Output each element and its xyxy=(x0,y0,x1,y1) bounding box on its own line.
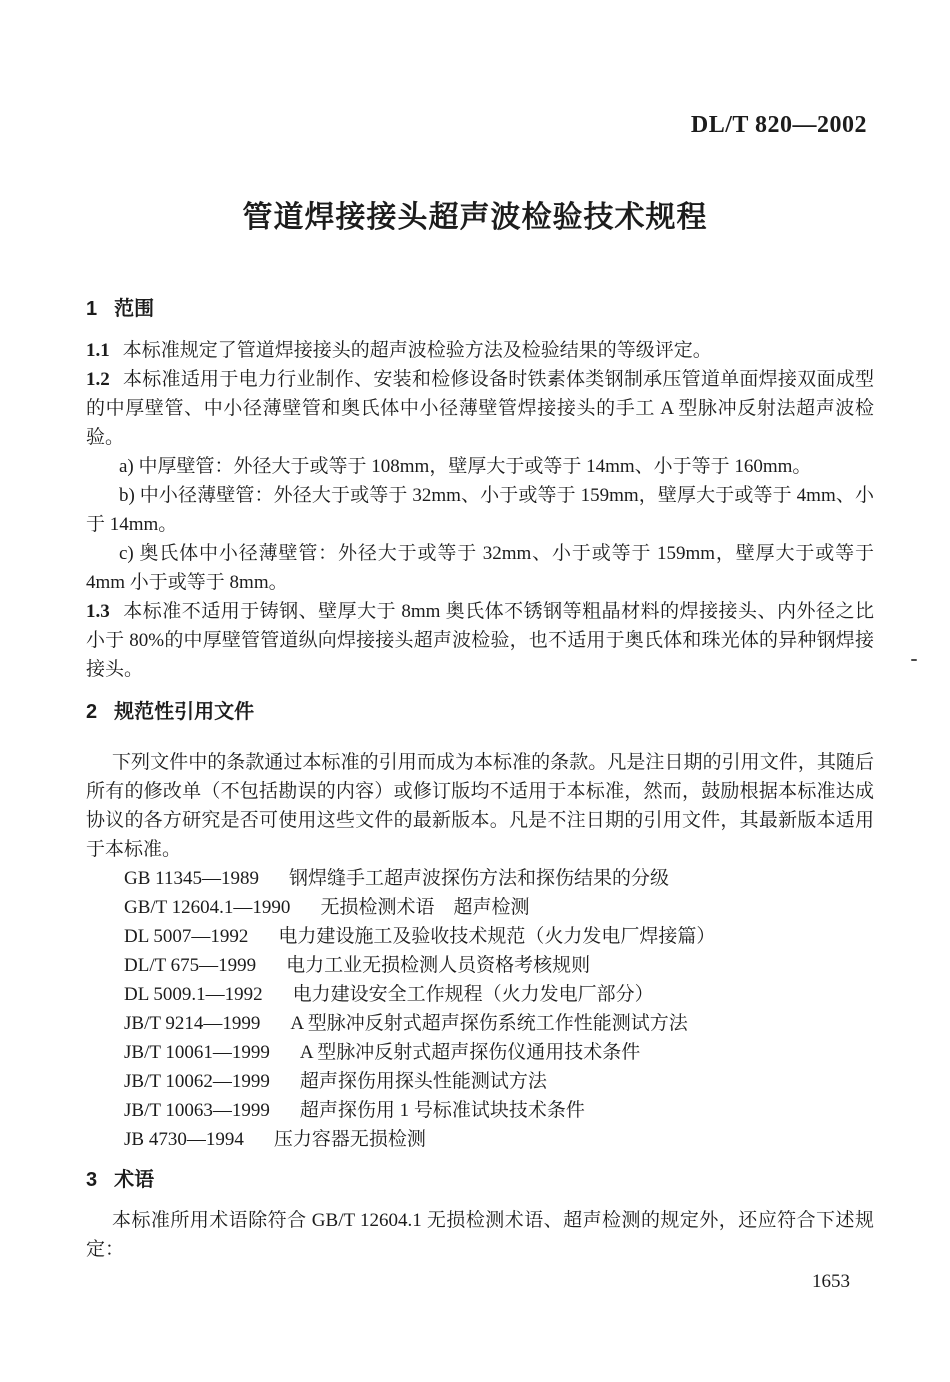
clause-1-3: 1.3本标准不适用于铸钢、壁厚大于 8mm 奥氏体不锈钢等粗晶材料的焊接接头、内… xyxy=(86,597,874,684)
reference-title: 压力容器无损检测 xyxy=(274,1129,426,1150)
section-2-intro: 下列文件中的条款通过本标准的引用而成为本标准的条款。凡是注日期的引用文件，其随后… xyxy=(86,748,874,864)
reference-code: DL/T 675—1999 xyxy=(124,955,256,976)
reference-code: DL 5009.1—1992 xyxy=(124,984,263,1005)
standard-number: DL/T 820—2002 xyxy=(0,110,950,140)
document-title: 管道焊接接头超声波检验技术规程 xyxy=(0,196,950,240)
reference-code: GB 11345—1989 xyxy=(124,868,259,889)
section-1-number: 1 xyxy=(86,294,97,324)
reference-item: DL 5009.1—1992电力建设安全工作规程（火力发电厂部分） xyxy=(86,980,874,1009)
reference-item: JB/T 10062—1999超声探伤用探头性能测试方法 xyxy=(86,1067,874,1096)
reference-list: GB 11345—1989钢焊缝手工超声波探伤方法和探伤结果的分级 GB/T 1… xyxy=(86,864,874,1154)
reference-code: JB 4730—1994 xyxy=(124,1129,244,1150)
document-body: 1范围 1.1本标准规定了管道焊接接头的超声波检验方法及检验结果的等级评定。 1… xyxy=(86,294,874,1264)
clause-1-3-number: 1.3 xyxy=(86,601,110,622)
reference-item: JB/T 10063—1999超声探伤用 1 号标准试块技术条件 xyxy=(86,1096,874,1125)
reference-code: JB/T 10062—1999 xyxy=(124,1071,270,1092)
reference-title: 超声探伤用 1 号标准试块技术条件 xyxy=(300,1100,585,1121)
clause-1-1-text: 本标准规定了管道焊接接头的超声波检验方法及检验结果的等级评定。 xyxy=(123,340,712,361)
list-item-a: a) 中厚壁管：外径大于或等于 108mm，壁厚大于或等于 14mm、小于等于 … xyxy=(86,452,874,481)
reference-item: DL 5007—1992电力建设施工及验收技术规范（火力发电厂焊接篇） xyxy=(86,922,874,951)
clause-1-1: 1.1本标准规定了管道焊接接头的超声波检验方法及检验结果的等级评定。 xyxy=(86,336,874,365)
reference-item: GB 11345—1989钢焊缝手工超声波探伤方法和探伤结果的分级 xyxy=(86,864,874,893)
list-item-b: b) 中小径薄壁管：外径大于或等于 32mm、小于或等于 159mm，壁厚大于或… xyxy=(86,481,874,539)
reference-code: JB/T 10063—1999 xyxy=(124,1100,270,1121)
list-item-c: c) 奥氏体中小径薄壁管：外径大于或等于 32mm、小于或等于 159mm，壁厚… xyxy=(86,539,874,597)
section-2-title: 规范性引用文件 xyxy=(114,701,254,723)
reference-title: 钢焊缝手工超声波探伤方法和探伤结果的分级 xyxy=(289,868,669,889)
reference-title: 电力建设安全工作规程（火力发电厂部分） xyxy=(293,984,654,1005)
scan-artifact-dash xyxy=(911,659,917,661)
reference-title: 超声探伤用探头性能测试方法 xyxy=(300,1071,547,1092)
reference-title: A 型脉冲反射式超声探伤仪通用技术条件 xyxy=(300,1042,640,1063)
section-1-title: 范围 xyxy=(114,298,154,320)
reference-code: JB/T 10061—1999 xyxy=(124,1042,270,1063)
reference-item: JB 4730—1994压力容器无损检测 xyxy=(86,1125,874,1154)
reference-title: 电力建设施工及验收技术规范（火力发电厂焊接篇） xyxy=(278,926,715,947)
clause-1-2: 1.2本标准适用于电力行业制作、安装和检修设备时铁素体类钢制承压管道单面焊接双面… xyxy=(86,365,874,452)
clause-1-3-text: 本标准不适用于铸钢、壁厚大于 8mm 奥氏体不锈钢等粗晶材料的焊接接头、内外径之… xyxy=(86,601,874,680)
reference-title: 无损检测术语 超声检测 xyxy=(320,897,529,918)
section-2-number: 2 xyxy=(86,697,97,727)
section-3-number: 3 xyxy=(86,1165,97,1195)
reference-code: GB/T 12604.1—1990 xyxy=(124,897,290,918)
clause-1-2-number: 1.2 xyxy=(86,369,110,390)
reference-item: DL/T 675—1999电力工业无损检测人员资格考核规则 xyxy=(86,951,874,980)
page-number: 1653 xyxy=(812,1271,850,1293)
reference-code: DL 5007—1992 xyxy=(124,926,248,947)
reference-code: JB/T 9214—1999 xyxy=(124,1013,260,1034)
document-page: DL/T 820—2002 管道焊接接头超声波检验技术规程 1范围 1.1本标准… xyxy=(0,0,950,1382)
reference-item: JB/T 9214—1999A 型脉冲反射式超声探伤系统工作性能测试方法 xyxy=(86,1009,874,1038)
reference-item: GB/T 12604.1—1990无损检测术语 超声检测 xyxy=(86,893,874,922)
clause-1-2-text: 本标准适用于电力行业制作、安装和检修设备时铁素体类钢制承压管道单面焊接双面成型的… xyxy=(86,369,874,448)
reference-item: JB/T 10061—1999A 型脉冲反射式超声探伤仪通用技术条件 xyxy=(86,1038,874,1067)
section-3-heading: 3术语 xyxy=(86,1165,874,1195)
reference-title: A 型脉冲反射式超声探伤系统工作性能测试方法 xyxy=(290,1013,687,1034)
section-2-heading: 2规范性引用文件 xyxy=(86,697,874,727)
section-1-heading: 1范围 xyxy=(86,294,874,324)
clause-1-1-number: 1.1 xyxy=(86,340,110,361)
reference-title: 电力工业无损检测人员资格考核规则 xyxy=(286,955,590,976)
section-3-intro: 本标准所用术语除符合 GB/T 12604.1 无损检测术语、超声检测的规定外，… xyxy=(86,1206,874,1264)
section-3-title: 术语 xyxy=(114,1169,154,1191)
